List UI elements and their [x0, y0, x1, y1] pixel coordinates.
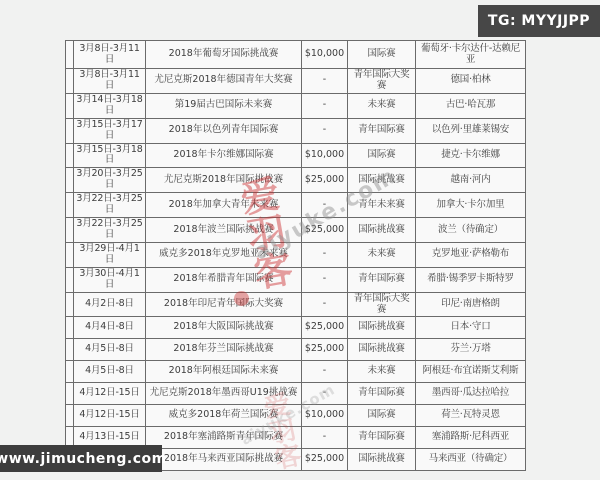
- table-row: 4月5日-8日2018年阿根廷国际未来赛-未来赛阿根廷·布宜诺斯艾利斯: [66, 361, 526, 383]
- cell-location: 波兰（待确定）: [416, 218, 526, 243]
- cell-prize: $25,000: [302, 449, 348, 471]
- table-row: 4月5日-8日2018年芬兰国际挑战赛$25,000国际挑战赛芬兰·万塔: [66, 339, 526, 361]
- schedule-table: 3月8日-3月11日2018年葡萄牙国际挑战赛$10,000国际赛葡萄牙·卡尔达…: [65, 40, 526, 471]
- cell-event: 威克多2018年荷兰国际赛: [146, 405, 302, 427]
- cell-location: 墨西哥·瓜达拉哈拉: [416, 383, 526, 405]
- cell-date: 3月29日-4月1日: [74, 242, 146, 267]
- cell-location: 塞浦路斯·尼科西亚: [416, 427, 526, 449]
- cell-event: 2018年葡萄牙国际挑战赛: [146, 41, 302, 69]
- cell-level: 青年国际大奖赛: [348, 292, 416, 317]
- screenshot-stage: 3月8日-3月11日2018年葡萄牙国际挑战赛$10,000国际赛葡萄牙·卡尔达…: [0, 0, 600, 480]
- cell-location: 印尼·南唐格朗: [416, 292, 526, 317]
- table-row: 3月8日-3月11日尤尼克斯2018年德国青年大奖赛-青年国际大奖赛德国·柏林: [66, 69, 526, 94]
- cell-level: 青年国际赛: [348, 383, 416, 405]
- cell-location: 越南·河内: [416, 168, 526, 193]
- cell-event: 2018年芬兰国际挑战赛: [146, 339, 302, 361]
- table-row: 4月12日-15日尤尼克斯2018年墨西哥U19挑战赛-青年国际赛墨西哥·瓜达拉…: [66, 383, 526, 405]
- table-row: 3月15日-3月17日2018年以色列青年国际赛-青年国际赛以色列·里雄莱锡安: [66, 118, 526, 143]
- cell-date: 4月4日-8日: [74, 317, 146, 339]
- cell-prize: -: [302, 93, 348, 118]
- cell-location: 葡萄牙·卡尔达什-达赖尼亚: [416, 41, 526, 69]
- cell-prize: -: [302, 267, 348, 292]
- cell-event: 2018年马来西亚国际挑战赛: [146, 449, 302, 471]
- cell-event: 2018年阿根廷国际未来赛: [146, 361, 302, 383]
- cell-date: 3月20日-3月25日: [74, 168, 146, 193]
- tg-contact-banner-label: TG: MYYJJPP: [488, 13, 590, 29]
- cell-spacer: [66, 267, 74, 292]
- cell-spacer: [66, 361, 74, 383]
- cell-level: 未来赛: [348, 361, 416, 383]
- cell-location: 德国·柏林: [416, 69, 526, 94]
- cell-level: 青年国际赛: [348, 427, 416, 449]
- cell-spacer: [66, 168, 74, 193]
- cell-event: 尤尼克斯2018年墨西哥U19挑战赛: [146, 383, 302, 405]
- cell-event: 2018年加拿大青年未来赛: [146, 193, 302, 218]
- cell-level: 国际挑战赛: [348, 339, 416, 361]
- cell-level: 青年国际大奖赛: [348, 69, 416, 94]
- cell-prize: $25,000: [302, 317, 348, 339]
- cell-spacer: [66, 383, 74, 405]
- cell-spacer: [66, 292, 74, 317]
- cell-location: 荷兰·瓦特灵恩: [416, 405, 526, 427]
- cell-location: 捷克·卡尔维娜: [416, 143, 526, 168]
- cell-spacer: [66, 405, 74, 427]
- cell-prize: $10,000: [302, 41, 348, 69]
- cell-level: 青年国际赛: [348, 267, 416, 292]
- cell-location: 马来西亚（待确定）: [416, 449, 526, 471]
- table-row: 3月15日-3月18日2018年卡尔维娜国际赛$10,000国际赛捷克·卡尔维娜: [66, 143, 526, 168]
- cell-prize: $10,000: [302, 405, 348, 427]
- cell-spacer: [66, 143, 74, 168]
- cell-spacer: [66, 218, 74, 243]
- cell-event: 2018年大阪国际挑战赛: [146, 317, 302, 339]
- cell-spacer: [66, 339, 74, 361]
- cell-event: 第19届古巴国际未来赛: [146, 93, 302, 118]
- table-row: 3月8日-3月11日2018年葡萄牙国际挑战赛$10,000国际赛葡萄牙·卡尔达…: [66, 41, 526, 69]
- cell-event: 2018年塞浦路斯青年国际赛: [146, 427, 302, 449]
- cell-location: 以色列·里雄莱锡安: [416, 118, 526, 143]
- cell-date: 4月2日-8日: [74, 292, 146, 317]
- table-row: 3月22日-3月25日2018年加拿大青年未来赛-青年未来赛加拿大·卡尔加里: [66, 193, 526, 218]
- cell-spacer: [66, 118, 74, 143]
- cell-level: 国际赛: [348, 143, 416, 168]
- cell-level: 国际挑战赛: [348, 218, 416, 243]
- cell-prize: $25,000: [302, 168, 348, 193]
- cell-prize: -: [302, 69, 348, 94]
- cell-level: 未来赛: [348, 242, 416, 267]
- cell-event: 2018年印尼青年国际大奖赛: [146, 292, 302, 317]
- cell-prize: -: [302, 361, 348, 383]
- table-row: 3月14日-3月18日第19届古巴国际未来赛-未来赛古巴·哈瓦那: [66, 93, 526, 118]
- cell-prize: $25,000: [302, 218, 348, 243]
- cell-prize: -: [302, 193, 348, 218]
- cell-location: 克罗地亚·萨格勒布: [416, 242, 526, 267]
- table-row: 4月2日-8日2018年印尼青年国际大奖赛-青年国际大奖赛印尼·南唐格朗: [66, 292, 526, 317]
- cell-level: 国际赛: [348, 41, 416, 69]
- cell-date: 3月15日-3月18日: [74, 143, 146, 168]
- cell-event: 威克多2018年克罗地亚未来赛: [146, 242, 302, 267]
- cell-date: 4月5日-8日: [74, 339, 146, 361]
- cell-level: 未来赛: [348, 93, 416, 118]
- cell-location: 希腊·锡季罗卡斯特罗: [416, 267, 526, 292]
- cell-prize: $10,000: [302, 143, 348, 168]
- cell-spacer: [66, 69, 74, 94]
- cell-level: 国际挑战赛: [348, 168, 416, 193]
- tournament-schedule-table: 3月8日-3月11日2018年葡萄牙国际挑战赛$10,000国际赛葡萄牙·卡尔达…: [65, 40, 525, 471]
- cell-date: 3月14日-3月18日: [74, 93, 146, 118]
- cell-location: 芬兰·万塔: [416, 339, 526, 361]
- cell-prize: $25,000: [302, 339, 348, 361]
- table-row: 4月12日-15日威克多2018年荷兰国际赛$10,000国际赛荷兰·瓦特灵恩: [66, 405, 526, 427]
- cell-date: 4月5日-8日: [74, 361, 146, 383]
- cell-prize: -: [302, 118, 348, 143]
- cell-event: 2018年波兰国际挑战赛: [146, 218, 302, 243]
- cell-event: 2018年希腊青年国际赛: [146, 267, 302, 292]
- tg-contact-banner: TG: MYYJJPP: [478, 5, 600, 37]
- cell-spacer: [66, 317, 74, 339]
- cell-location: 阿根廷·布宜诺斯艾利斯: [416, 361, 526, 383]
- table-row: 3月20日-3月25日尤尼克斯2018年国际挑战赛$25,000国际挑战赛越南·…: [66, 168, 526, 193]
- cell-date: 3月8日-3月11日: [74, 69, 146, 94]
- cell-level: 国际挑战赛: [348, 317, 416, 339]
- cell-prize: -: [302, 383, 348, 405]
- cell-level: 青年未来赛: [348, 193, 416, 218]
- cell-level: 青年国际赛: [348, 118, 416, 143]
- cell-level: 国际挑战赛: [348, 449, 416, 471]
- cell-date: 3月8日-3月11日: [74, 41, 146, 69]
- cell-date: 3月22日-3月25日: [74, 193, 146, 218]
- jimucheng-site-banner-label: www.jimucheng.com: [0, 451, 167, 467]
- cell-date: 3月22日-3月25日: [74, 218, 146, 243]
- jimucheng-site-banner: www.jimucheng.com: [0, 445, 162, 472]
- cell-location: 日本·守口: [416, 317, 526, 339]
- table-row: 4月4日-8日2018年大阪国际挑战赛$25,000国际挑战赛日本·守口: [66, 317, 526, 339]
- table-row: 3月22日-3月25日2018年波兰国际挑战赛$25,000国际挑战赛波兰（待确…: [66, 218, 526, 243]
- cell-date: 3月30日-4月1日: [74, 267, 146, 292]
- cell-date: 4月12日-15日: [74, 383, 146, 405]
- table-row: 3月30日-4月1日2018年希腊青年国际赛-青年国际赛希腊·锡季罗卡斯特罗: [66, 267, 526, 292]
- cell-event: 尤尼克斯2018年德国青年大奖赛: [146, 69, 302, 94]
- cell-spacer: [66, 193, 74, 218]
- cell-prize: -: [302, 242, 348, 267]
- cell-event: 尤尼克斯2018年国际挑战赛: [146, 168, 302, 193]
- cell-event: 2018年以色列青年国际赛: [146, 118, 302, 143]
- cell-location: 加拿大·卡尔加里: [416, 193, 526, 218]
- cell-prize: -: [302, 292, 348, 317]
- cell-spacer: [66, 41, 74, 69]
- cell-level: 国际赛: [348, 405, 416, 427]
- cell-date: 3月15日-3月17日: [74, 118, 146, 143]
- cell-event: 2018年卡尔维娜国际赛: [146, 143, 302, 168]
- table-row: 3月29日-4月1日威克多2018年克罗地亚未来赛-未来赛克罗地亚·萨格勒布: [66, 242, 526, 267]
- cell-prize: -: [302, 427, 348, 449]
- cell-date: 4月12日-15日: [74, 405, 146, 427]
- cell-spacer: [66, 242, 74, 267]
- cell-location: 古巴·哈瓦那: [416, 93, 526, 118]
- cell-spacer: [66, 93, 74, 118]
